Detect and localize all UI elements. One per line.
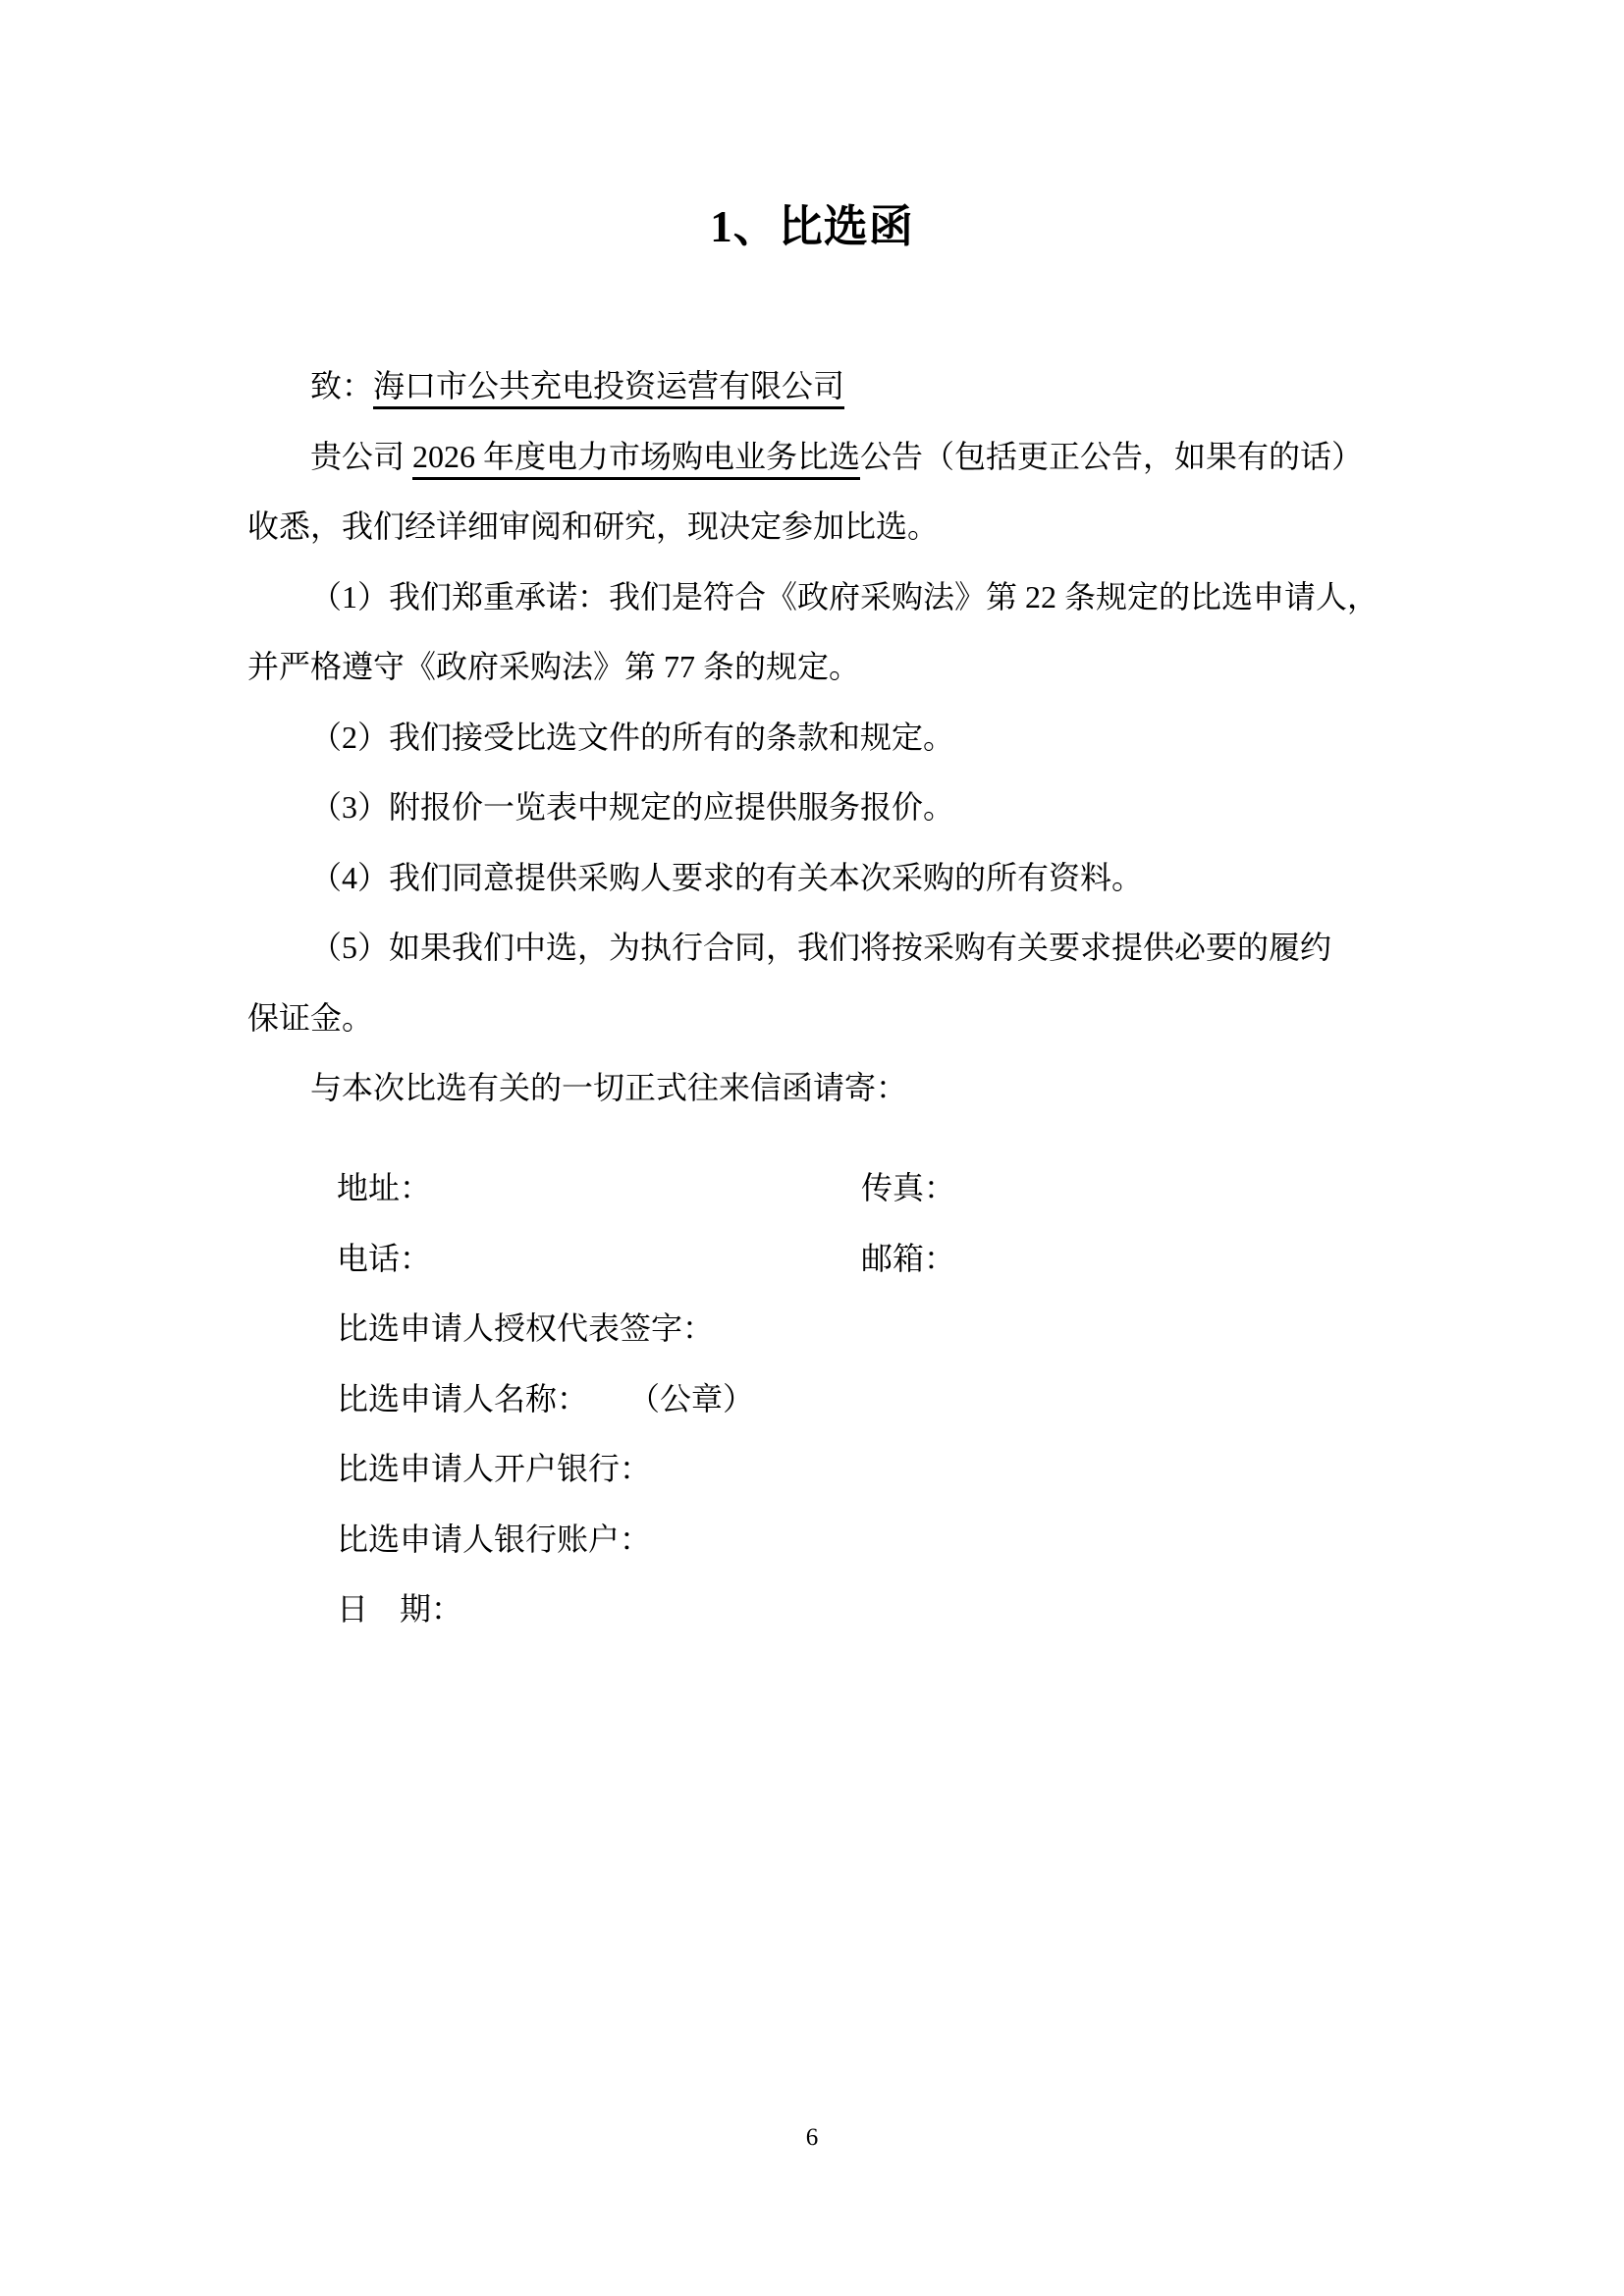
body-line: 致：海口市公共充电投资运营有限公司 bbox=[247, 351, 1396, 422]
page-number: 6 bbox=[0, 2118, 1624, 2158]
contact-field-label: 电话： bbox=[337, 1224, 431, 1295]
contact-field-label: 比选申请人银行账户： bbox=[337, 1505, 651, 1575]
body-line: 收悉，我们经详细审阅和研究，现决定参加比选。 bbox=[247, 492, 1396, 562]
contact-field-label: 比选申请人授权代表签字： bbox=[337, 1294, 714, 1364]
body-text: 收悉，我们经详细审阅和研究，现决定参加比选。 bbox=[247, 508, 939, 544]
contact-field-label: 比选申请人开户银行： bbox=[337, 1434, 651, 1505]
body-text: 保证金。 bbox=[247, 1000, 373, 1036]
underlined-text: 2026 年度电力市场购电业务比选 bbox=[412, 439, 860, 480]
body-text: 致： bbox=[310, 368, 373, 403]
contact-field-label: 邮箱： bbox=[861, 1224, 955, 1295]
letter-body: 致：海口市公共充电投资运营有限公司贵公司 2026 年度电力市场购电业务比选公告… bbox=[247, 351, 1396, 1124]
contact-row: 比选申请人名称：（公章） bbox=[247, 1364, 1396, 1435]
contact-fields-block: 地址：传真：电话：邮箱：比选申请人授权代表签字：比选申请人名称：（公章）比选申请… bbox=[247, 1153, 1396, 1645]
body-text: 与本次比选有关的一切正式往来信函请寄： bbox=[310, 1070, 907, 1105]
contact-row: 电话：邮箱： bbox=[247, 1224, 1396, 1295]
body-line: （3）附报价一览表中规定的应提供服务报价。 bbox=[247, 773, 1396, 843]
page-title: 1、比选函 bbox=[0, 199, 1624, 254]
body-text: 贵公司 bbox=[310, 439, 412, 474]
body-text: （5）如果我们中选，为执行合同，我们将按采购有关要求提供必要的履约 bbox=[310, 930, 1331, 965]
contact-field-label: 比选申请人名称： bbox=[337, 1364, 588, 1435]
body-text: 并严格遵守《政府采购法》第 77 条的规定。 bbox=[247, 649, 860, 684]
contact-row: 比选申请人银行账户： bbox=[247, 1505, 1396, 1575]
body-line: 保证金。 bbox=[247, 984, 1396, 1054]
underlined-text: 海口市公共充电投资运营有限公司 bbox=[373, 368, 844, 409]
body-line: （2）我们接受比选文件的所有的条款和规定。 bbox=[247, 703, 1396, 774]
body-text: （4）我们同意提供采购人要求的有关本次采购的所有资料。 bbox=[310, 860, 1143, 895]
body-text: （3）附报价一览表中规定的应提供服务报价。 bbox=[310, 789, 954, 825]
contact-field-label: 传真： bbox=[861, 1153, 955, 1224]
contact-row: 地址：传真： bbox=[247, 1153, 1396, 1224]
body-line: 并严格遵守《政府采购法》第 77 条的规定。 bbox=[247, 632, 1396, 703]
body-line: （4）我们同意提供采购人要求的有关本次采购的所有资料。 bbox=[247, 843, 1396, 914]
contact-row: 比选申请人授权代表签字： bbox=[247, 1294, 1396, 1364]
contact-row: 比选申请人开户银行： bbox=[247, 1434, 1396, 1505]
body-line: （5）如果我们中选，为执行合同，我们将按采购有关要求提供必要的履约 bbox=[247, 913, 1396, 984]
document-page: 1、比选函 致：海口市公共充电投资运营有限公司贵公司 2026 年度电力市场购电… bbox=[0, 0, 1624, 2296]
body-text: 公告（包括更正公告，如果有的话） bbox=[860, 439, 1363, 474]
contact-row: 日 期： bbox=[247, 1575, 1396, 1645]
contact-field-label: 日 期： bbox=[337, 1575, 462, 1645]
contact-field-label: 地址： bbox=[337, 1153, 431, 1224]
body-text: （1）我们郑重承诺：我们是符合《政府采购法》第 22 条规定的比选申请人， bbox=[310, 579, 1379, 614]
body-line: 贵公司 2026 年度电力市场购电业务比选公告（包括更正公告，如果有的话） bbox=[247, 422, 1396, 493]
body-line: 与本次比选有关的一切正式往来信函请寄： bbox=[247, 1053, 1396, 1124]
seal-placeholder: （公章） bbox=[628, 1364, 754, 1435]
body-text: （2）我们接受比选文件的所有的条款和规定。 bbox=[310, 720, 954, 755]
body-line: （1）我们郑重承诺：我们是符合《政府采购法》第 22 条规定的比选申请人， bbox=[247, 562, 1396, 633]
